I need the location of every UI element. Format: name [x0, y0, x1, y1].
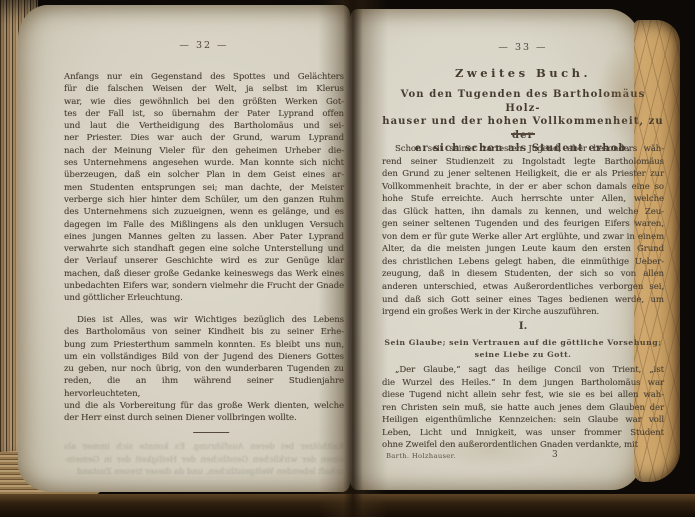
- right-page-paragraph-2: „Der Glaube,“ sagt das heilige Concil vo…: [382, 364, 664, 452]
- bleedthrough-text: Kalthölzer bei deren Ausführung. Es konn…: [64, 440, 344, 478]
- printer-signature: Barth. Holzhauser.: [386, 452, 456, 460]
- section-end-rule: [193, 432, 229, 433]
- left-page-text-column: — 32 — Anfangs nur ein Gegenstand des Sp…: [64, 0, 344, 517]
- sheet-number: 3: [552, 450, 558, 460]
- right-page-text-column: — 33 — Zweites Buch. Von den Tugenden de…: [382, 0, 664, 517]
- left-page-paragraph-1: Anfangs nur ein Gegenstand des Spottes u…: [64, 71, 344, 305]
- book-photo: — 32 — Anfangs nur ein Gegenstand des Sp…: [0, 0, 695, 517]
- heading-rule: [511, 133, 535, 135]
- right-page-paragraph-1: Schon seit seiner zartesten Jugend, aber…: [382, 143, 664, 319]
- left-page-paragraph-2: Dies ist Alles, was wir Wichtiges bezügl…: [64, 314, 344, 425]
- book-part-heading: Zweites Buch.: [382, 66, 664, 80]
- left-page-number: — 32 —: [64, 40, 344, 51]
- section-number: I.: [382, 320, 664, 332]
- right-page-number: — 33 —: [382, 42, 664, 53]
- right-page-footer: Barth. Holzhauser. 3: [382, 452, 664, 464]
- section-subtitle: Sein Glaube; sein Vertrauen auf die gött…: [382, 337, 664, 361]
